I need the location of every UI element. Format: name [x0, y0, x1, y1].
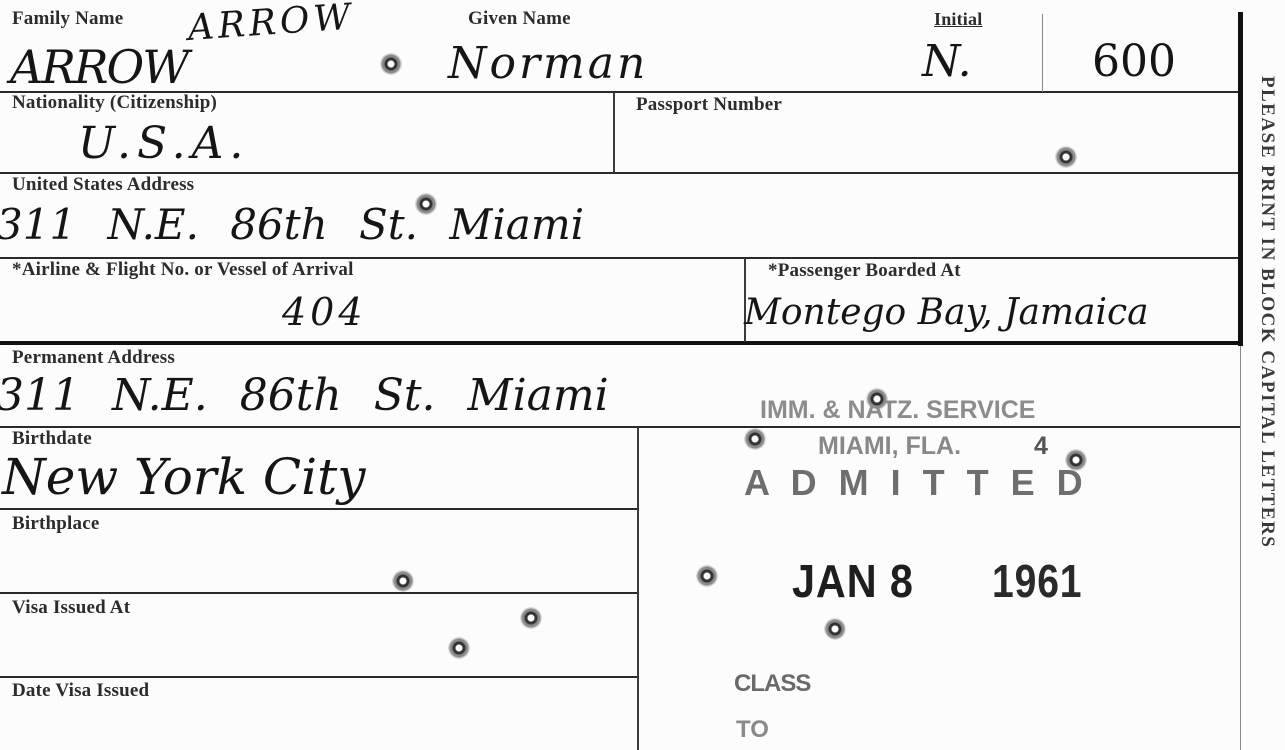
- rule-visa-issued: [0, 676, 637, 678]
- nationality-value[interactable]: U.S.A.: [78, 118, 249, 169]
- punch-hole: [744, 428, 766, 450]
- rule-permanent-address: [0, 426, 1240, 428]
- family-name-value[interactable]: ARROW: [10, 40, 187, 94]
- visa-issued-at-label: Visa Issued At: [12, 597, 130, 619]
- date-visa-issued-value[interactable]: [12, 706, 612, 746]
- punch-hole: [696, 565, 718, 587]
- permanent-address-label: Permanent Address: [12, 347, 175, 369]
- punch-hole: [392, 570, 414, 592]
- stamp-to-label: TO: [736, 716, 769, 744]
- rule-birthplace: [0, 592, 637, 594]
- initial-value[interactable]: N.: [922, 36, 972, 87]
- birthdate-label: Birthdate: [12, 428, 92, 450]
- family-name-value-alt[interactable]: ARROW: [187, 0, 356, 49]
- us-address-value[interactable]: 311 N.E. 86th St. Miami: [0, 200, 584, 249]
- nationality-label: Nationality (Citizenship): [12, 92, 217, 114]
- stamp-status: A D M I T T E D: [744, 462, 1089, 504]
- visa-issued-at-value[interactable]: [12, 624, 612, 668]
- family-name-label: Family Name: [12, 8, 123, 30]
- divider-stamp-area: [637, 427, 639, 750]
- us-address-label: United States Address: [12, 174, 194, 196]
- punch-hole: [1065, 449, 1087, 471]
- immigration-arrival-card: PLEASE PRINT IN BLOCK CAPITAL LETTERS Fa…: [0, 0, 1285, 750]
- birthdate-value[interactable]: New York City: [2, 448, 365, 506]
- divider-passport: [613, 92, 615, 173]
- permanent-address-value[interactable]: 311 N.E. 86th St. Miami: [0, 370, 609, 421]
- stamp-class-label: CLASS: [734, 670, 810, 698]
- flight-label: *Airline & Flight No. or Vessel of Arriv…: [12, 259, 354, 281]
- passport-number-value[interactable]: [640, 120, 1200, 164]
- flight-value[interactable]: 404: [282, 290, 367, 334]
- date-visa-issued-label: Date Visa Issued: [12, 680, 149, 702]
- passport-number-label: Passport Number: [636, 94, 782, 116]
- stamp-date-month-day: JAN 8: [792, 554, 914, 608]
- code-value[interactable]: 600: [1092, 36, 1176, 87]
- stamp-location-line: MIAMI, FLA.: [818, 432, 961, 461]
- punch-hole: [380, 53, 402, 75]
- punch-hole: [1055, 146, 1077, 168]
- given-name-label: Given Name: [468, 8, 571, 30]
- punch-hole: [415, 193, 437, 215]
- right-border: [1238, 12, 1243, 346]
- birthplace-value[interactable]: [12, 540, 612, 584]
- side-instruction: PLEASE PRINT IN BLOCK CAPITAL LETTERS: [1256, 76, 1278, 548]
- punch-hole: [824, 618, 846, 640]
- stamp-service-line: IMM. & NATZ. SERVICE: [760, 396, 1035, 425]
- rule-row4-thick: [0, 341, 1240, 345]
- given-name-value[interactable]: Norman: [448, 38, 648, 89]
- right-border-lower: [1240, 346, 1241, 750]
- initial-label: Initial: [934, 9, 982, 30]
- boarded-at-value[interactable]: Montego Bay, Jamaica: [744, 292, 1149, 333]
- stamp-date-year: 1961: [992, 554, 1082, 608]
- punch-hole: [520, 607, 542, 629]
- rule-birthdate: [0, 508, 637, 510]
- punch-hole: [866, 388, 888, 410]
- punch-hole: [448, 637, 470, 659]
- divider-initial: [1042, 14, 1043, 92]
- stamp-location-number: 4: [1034, 432, 1048, 461]
- boarded-at-label: *Passenger Boarded At: [768, 260, 961, 282]
- birthplace-label: Birthplace: [12, 513, 100, 535]
